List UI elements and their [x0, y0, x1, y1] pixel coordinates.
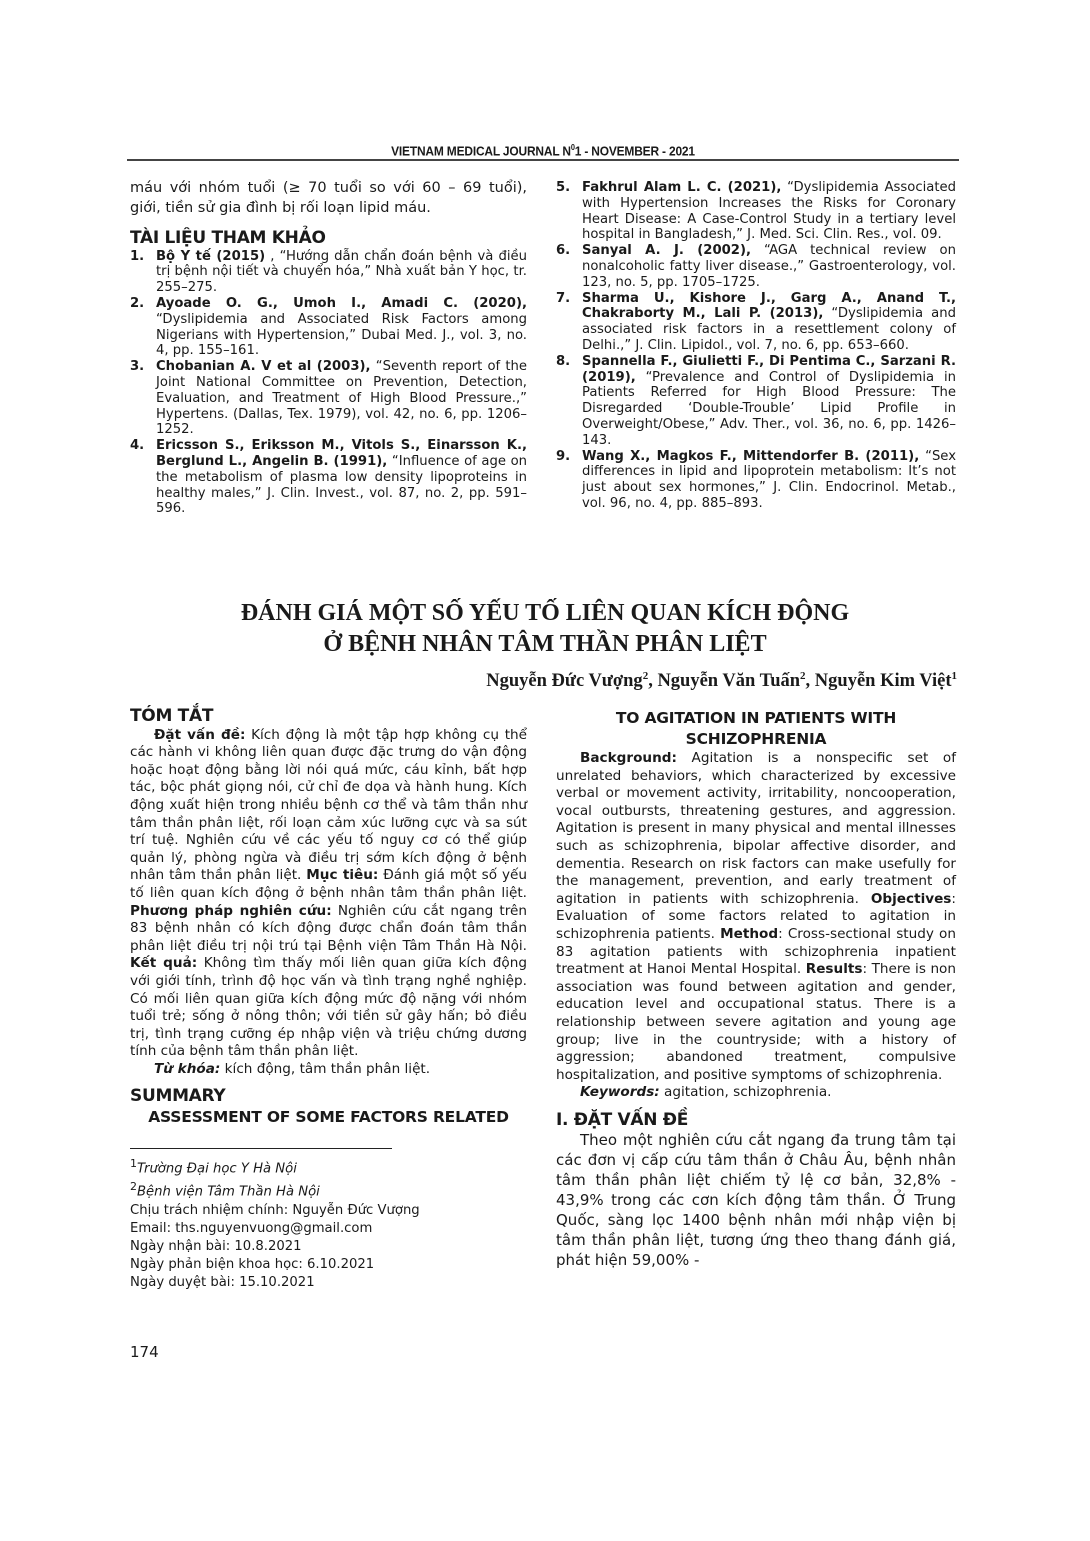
reference-list-right: 5.Fakhrul Alam L. C. (2021), “Dyslipidem…	[556, 180, 956, 512]
issue-date: 1 - NOVEMBER - 2021	[575, 143, 695, 158]
title-line-2: Ở BỆNH NHÂN TÂM THẦN PHÂN LIỆT	[160, 629, 930, 660]
intro-heading: I. ĐẶT VẤN ĐỀ	[556, 1112, 956, 1130]
affiliation-2: 2Bệnh viện Tâm Thần Hà Nội	[130, 1178, 527, 1201]
author-name: Nguyễn Kim Việt	[815, 671, 952, 691]
summary-heading: SUMMARY	[130, 1088, 527, 1106]
article-title: ĐÁNH GIÁ MỘT SỐ YẾU TỐ LIÊN QUAN KÍCH ĐỘ…	[160, 598, 930, 660]
method-label: Method	[720, 926, 778, 942]
running-header: VIETNAM MEDICAL JOURNAL N01 - NOVEMBER -…	[160, 143, 925, 158]
abstract-vi-heading: TÓM TẮT	[130, 708, 527, 726]
reference-number: 6.	[556, 243, 570, 259]
results-label: Kết quả:	[130, 955, 197, 971]
reference-item: 6.Sanyal A. J. (2002), “AGA technical re…	[556, 243, 956, 290]
keywords-vi: Từ khóa: kích động, tâm thần phân liệt.	[130, 1061, 527, 1079]
background-label: Đặt vấn đề:	[154, 727, 245, 743]
author-affiliation-mark: 1	[952, 670, 958, 682]
reference-authors: Bộ Y tế (2015)	[156, 249, 265, 264]
reference-item: 2.Ayoade O. G., Umoh I., Amadi C. (2020)…	[130, 296, 527, 359]
method-label: Phương pháp nghiên cứu:	[130, 903, 332, 919]
title-line-1: ĐÁNH GIÁ MỘT SỐ YẾU TỐ LIÊN QUAN KÍCH ĐỘ…	[160, 598, 930, 629]
reference-list-left: 1.Bộ Y tế (2015) , “Hướng dẫn chẩn đoán …	[130, 249, 527, 518]
header-divider	[127, 159, 959, 161]
reference-details: “Prevalence and Control of Dyslipidemia …	[582, 370, 956, 448]
author-name: Nguyễn Đức Vượng	[486, 671, 642, 691]
results-label: Results	[806, 961, 863, 977]
results-text: : There is non association was found bet…	[556, 961, 956, 1083]
left-column-top: máu với nhóm tuổi (≥ 70 tuổi so với 60 –…	[130, 178, 527, 517]
reference-item: 3.Chobanian A. V et al (2003), “Seventh …	[130, 359, 527, 438]
reference-authors: Sanyal A. J. (2002),	[582, 243, 751, 258]
continuation-text: máu với nhóm tuổi (≥ 70 tuổi so với 60 –…	[130, 178, 527, 218]
reference-item: 4.Ericsson S., Eriksson M., Vitols S., E…	[130, 438, 527, 517]
reference-number: 9.	[556, 449, 570, 465]
keywords-label: Từ khóa:	[154, 1061, 220, 1077]
abstract-en-body: Background: Agitation is a nonspecific s…	[556, 750, 956, 1084]
keywords-label: Keywords:	[580, 1084, 660, 1100]
reference-number: 7.	[556, 291, 570, 307]
keywords-text: kích động, tâm thần phân liệt.	[220, 1061, 430, 1077]
author-name: Nguyễn Văn Tuấn	[657, 671, 800, 691]
page-number: 174	[130, 1343, 159, 1361]
author-separator: ,	[806, 671, 815, 691]
reference-item: 5.Fakhrul Alam L. C. (2021), “Dyslipidem…	[556, 180, 956, 243]
keywords-en: Keywords: agitation, schizophrenia.	[556, 1084, 956, 1102]
abstract-en-column: TO AGITATION IN PATIENTS WITH SCHIZOPHRE…	[556, 708, 956, 1270]
objectives-label: Objectives	[871, 891, 952, 907]
reference-authors: Ayoade O. G., Umoh I., Amadi C. (2020),	[156, 296, 527, 311]
background-label: Background:	[580, 750, 677, 766]
affiliation-mark: 1	[130, 1157, 137, 1170]
reference-item: 8.Spannella F., Giulietti F., Di Pentima…	[556, 354, 956, 449]
right-column-top: 5.Fakhrul Alam L. C. (2021), “Dyslipidem…	[556, 180, 956, 512]
background-text: Kích động là một tập hợp không cụ thể cá…	[130, 727, 527, 884]
affiliation-mark: 2	[130, 1180, 137, 1193]
affiliation-text: Trường Đại học Y Hà Nội	[137, 1161, 297, 1176]
reference-number: 2.	[130, 296, 144, 312]
corresponding-email: Email: ths.nguyenvuong@gmail.com	[130, 1220, 527, 1238]
abstract-vi-column: TÓM TẮT Đặt vấn đề: Kích động là một tập…	[130, 708, 527, 1292]
intro-text: Theo một nghiên cứu cắt ngang đa trung t…	[556, 1130, 956, 1270]
reference-number: 3.	[130, 359, 144, 375]
reference-item: 1.Bộ Y tế (2015) , “Hướng dẫn chẩn đoán …	[130, 249, 527, 296]
author-list: Nguyễn Đức Vượng2, Nguyễn Văn Tuấn2, Ngu…	[486, 670, 957, 692]
summary-title-part-2: TO AGITATION IN PATIENTS WITH SCHIZOPHRE…	[556, 708, 956, 750]
reference-number: 5.	[556, 180, 570, 196]
keywords-text: agitation, schizophrenia.	[660, 1084, 832, 1100]
journal-name: VIETNAM MEDICAL JOURNAL N	[391, 143, 571, 158]
objective-label: Mục tiêu:	[306, 867, 378, 883]
reference-details: “Dyslipidemia and Associated Risk Factor…	[156, 312, 527, 359]
affiliation-text: Bệnh viện Tâm Thần Hà Nội	[137, 1185, 320, 1200]
date-reviewed: Ngày phản biện khoa học: 6.10.2021	[130, 1256, 527, 1274]
reference-authors: Wang X., Magkos F., Mittendorfer B. (201…	[582, 449, 919, 464]
summary-title-part-1: ASSESSMENT OF SOME FACTORS RELATED	[130, 1107, 527, 1128]
footnote-divider	[130, 1148, 392, 1149]
reference-number: 8.	[556, 354, 570, 370]
reference-number: 1.	[130, 249, 144, 265]
abstract-vi-body: Đặt vấn đề: Kích động là một tập hợp khô…	[130, 727, 527, 1061]
footnotes: 1Trường Đại học Y Hà Nội 2Bệnh viện Tâm …	[130, 1155, 527, 1292]
reference-item: 9.Wang X., Magkos F., Mittendorfer B. (2…	[556, 449, 956, 512]
references-heading: TÀI LIỆU THAM KHẢO	[130, 230, 527, 248]
affiliation-1: 1Trường Đại học Y Hà Nội	[130, 1155, 527, 1178]
reference-item: 7.Sharma U., Kishore J., Garg A., Anand …	[556, 291, 956, 354]
date-accepted: Ngày duyệt bài: 15.10.2021	[130, 1274, 527, 1292]
corresponding-author: Chịu trách nhiệm chính: Nguyễn Đức Vượng	[130, 1202, 527, 1220]
reference-number: 4.	[130, 438, 144, 454]
background-text: Agitation is a nonspecific set of unrela…	[556, 750, 956, 907]
reference-authors: Fakhrul Alam L. C. (2021),	[582, 180, 781, 195]
reference-authors: Chobanian A. V et al (2003),	[156, 359, 371, 374]
date-received: Ngày nhận bài: 10.8.2021	[130, 1238, 527, 1256]
